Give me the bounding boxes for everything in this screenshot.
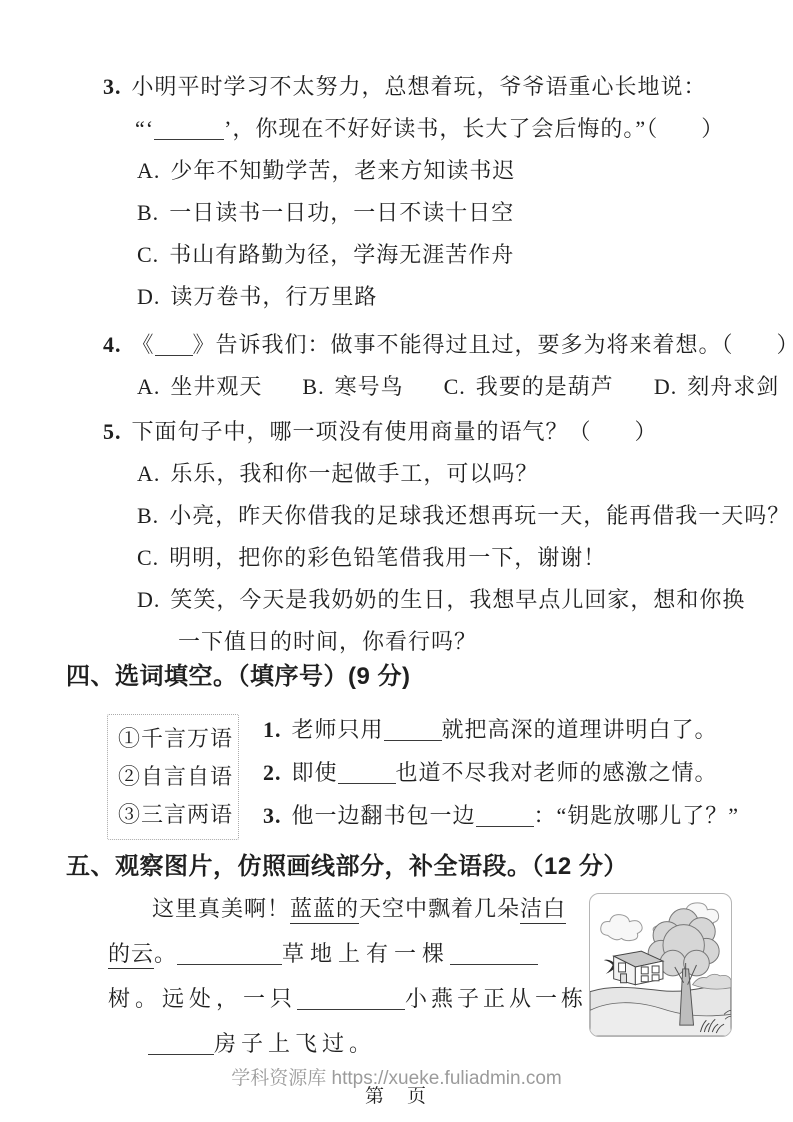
paragraph-text: 这里真美啊！ [152, 896, 290, 921]
underlined-example: 洁白 [520, 896, 566, 924]
option-text: 少年不知勤学苦，老来方知读书迟 [170, 158, 515, 183]
underlined-example: 的云 [108, 941, 154, 969]
underlined-example: 蓝蓝的 [290, 896, 359, 924]
section-5-heading: 五、观察图片，仿照画线部分，补全语段。（12 分） [66, 850, 628, 884]
paragraph-line-3: 树。远处，一只小燕子正从一栋 [108, 976, 588, 1021]
option-text: 读万卷书，行万里路 [170, 284, 377, 309]
option-label: B. [137, 200, 159, 225]
option-text: 寒号鸟 [335, 374, 404, 399]
option-text: 乐乐，我和你一起做手工，可以吗？ [170, 461, 538, 486]
fill-item-1: 1.老师只用就把高深的道理讲明白了。 [263, 708, 739, 751]
option-label: A. [137, 374, 160, 399]
option-c: C.书山有路勤为径，学海无涯苦作舟 [103, 234, 723, 276]
option-label: B. [302, 374, 324, 399]
option-text: 明明，把你的彩色铅笔借我用一下，谢谢！ [169, 545, 606, 570]
option-c: C.我要的是葫芦 [444, 366, 614, 408]
option-label: D. [137, 284, 160, 309]
paragraph-text: 房子上飞过。 [214, 1031, 376, 1056]
item-text: 就把高深的道理讲明白了。 [442, 717, 718, 742]
question-stem-text: 小明平时学习不太努力，总想着玩，爷爷语重心长地说： [132, 74, 707, 99]
question-3: 3.小明平时学习不太努力，总想着玩，爷爷语重心长地说： “‘’，你现在不好好读书… [103, 66, 723, 318]
fill-blank [476, 805, 534, 827]
option-text: 一日读书一日功，一日不读十日空 [169, 200, 514, 225]
option-label: A. [137, 461, 160, 486]
fill-blank [297, 988, 405, 1010]
scene-drawing [590, 894, 731, 1036]
question-3-stem-line2: “‘’，你现在不好好读书，长大了会后悔的。”（ ） [103, 108, 723, 150]
option-label: D. [137, 587, 160, 612]
fill-item-3: 3.他一边翻书包一边：“钥匙放哪儿了？” [263, 794, 739, 837]
word-bank-item-1: ①千言万语 [118, 720, 228, 758]
question-4-stem: 4.《》告诉我们：做事不能得过且过，要多为将来着想。（ ） [103, 324, 793, 366]
option-d: D.刻舟求剑 [654, 366, 779, 408]
paragraph-line-2: 的云。草地上有一棵 [108, 931, 588, 976]
section-4-heading: 四、选词填空。（填序号）(9 分) [66, 660, 411, 694]
paragraph-text: 。 [154, 941, 177, 966]
paragraph-line-1: 这里真美啊！蓝蓝的天空中飘着几朵洁白 [108, 886, 588, 931]
paragraph-text: 小燕子正从一栋 [405, 986, 587, 1011]
question-number: 3. [103, 74, 122, 99]
question-5: 5.下面句子中，哪一项没有使用商量的语气？（ ） A.乐乐，我和你一起做手工，可… [103, 411, 790, 663]
item-text: 老师只用 [292, 717, 384, 742]
item-text: 即使 [292, 760, 338, 785]
option-b: B.一日读书一日功，一日不读十日空 [103, 192, 723, 234]
item-number: 1. [263, 717, 282, 742]
question-number: 5. [103, 419, 122, 444]
option-a: A.坐井观天 [137, 366, 262, 408]
page-number-label: 第 页 [0, 1081, 793, 1108]
option-c: C.明明，把你的彩色铅笔借我用一下，谢谢！ [103, 537, 790, 579]
quote-close-text: ’，你现在不好好读书，长大了会后悔的。” [224, 116, 646, 141]
option-label: C. [137, 242, 159, 267]
fill-blank [155, 334, 193, 356]
landscape-scene-illustration [589, 893, 732, 1037]
option-label: C. [137, 545, 159, 570]
option-label: C. [444, 374, 466, 399]
worksheet-page: 3.小明平时学习不太努力，总想着玩，爷爷语重心长地说： “‘’，你现在不好好读书… [0, 0, 793, 1122]
word-bank-box: ①千言万语 ②自言自语 ③三言两语 [107, 714, 239, 840]
item-number: 2. [263, 760, 282, 785]
section-4-items: 1.老师只用就把高深的道理讲明白了。 2.即使也道不尽我对老师的感激之情。 3.… [263, 708, 739, 837]
option-label: D. [654, 374, 677, 399]
quote-open: “‘ [135, 116, 154, 141]
option-text: 刻舟求剑 [687, 374, 779, 399]
option-a: A.乐乐，我和你一起做手工，可以吗？ [103, 453, 790, 495]
option-d: D.读万卷书，行万里路 [103, 276, 723, 318]
option-d: D.笑笑，今天是我奶奶的生日，我想早点儿回家，想和你换 [103, 579, 790, 621]
option-b: B.寒号鸟 [302, 366, 403, 408]
paragraph-text: 天空中飘着几朵 [359, 896, 520, 921]
answer-parentheses: （ ） [722, 332, 793, 357]
fill-blank [177, 943, 282, 965]
answer-parentheses: （ ） [569, 419, 657, 444]
fill-item-2: 2.即使也道不尽我对老师的感激之情。 [263, 751, 739, 794]
fill-blank [338, 762, 396, 784]
answer-parentheses: （ ） [646, 116, 723, 141]
fill-blank [450, 943, 538, 965]
question-3-stem: 3.小明平时学习不太努力，总想着玩，爷爷语重心长地说： [103, 66, 723, 108]
question-4: 4.《》告诉我们：做事不能得过且过，要多为将来着想。（ ） A.坐井观天 B.寒… [103, 324, 793, 408]
option-text: 书山有路勤为径，学海无涯苦作舟 [169, 242, 514, 267]
item-text: 他一边翻书包一边 [292, 803, 476, 828]
question-stem-text: 下面句子中，哪一项没有使用商量的语气？ [132, 419, 569, 444]
fill-blank [148, 1033, 214, 1055]
question-5-stem: 5.下面句子中，哪一项没有使用商量的语气？（ ） [103, 411, 790, 453]
question-stem-text: 》告诉我们：做事不能得过且过，要多为将来着想。 [193, 332, 722, 357]
option-text: 坐井观天 [170, 374, 262, 399]
option-b: B.小亮，昨天你借我的足球我还想再玩一天，能再借我一天吗？ [103, 495, 790, 537]
item-text: ：“钥匙放哪儿了？” [534, 803, 740, 828]
option-label: A. [137, 158, 160, 183]
option-d-line2: 一下值日的时间，你看行吗？ [103, 621, 790, 663]
title-bracket-open: 《 [132, 332, 155, 357]
option-text: 我要的是葫芦 [476, 374, 614, 399]
fill-blank [154, 118, 224, 140]
option-text: 小亮，昨天你借我的足球我还想再玩一天，能再借我一天吗？ [169, 503, 790, 528]
question-number: 4. [103, 332, 122, 357]
fill-blank [384, 719, 442, 741]
item-text: 也道不尽我对老师的感激之情。 [396, 760, 718, 785]
paragraph-line-4: 房子上飞过。 [108, 1021, 588, 1066]
item-number: 3. [263, 803, 282, 828]
section-5-paragraph: 这里真美啊！蓝蓝的天空中飘着几朵洁白 的云。草地上有一棵 树。远处，一只小燕子正… [108, 886, 588, 1066]
word-bank-item-2: ②自言自语 [118, 758, 228, 796]
option-label: B. [137, 503, 159, 528]
option-text-continued: 一下值日的时间，你看行吗？ [178, 629, 477, 654]
option-a: A.少年不知勤学苦，老来方知读书迟 [103, 150, 723, 192]
option-text: 笑笑，今天是我奶奶的生日，我想早点儿回家，想和你换 [170, 587, 745, 612]
paragraph-text: 树。远处，一只 [108, 986, 297, 1011]
question-4-options: A.坐井观天 B.寒号鸟 C.我要的是葫芦 D.刻舟求剑 [103, 366, 793, 408]
paragraph-text: 草地上有一棵 [282, 941, 450, 966]
word-bank-item-3: ③三言两语 [118, 796, 228, 834]
